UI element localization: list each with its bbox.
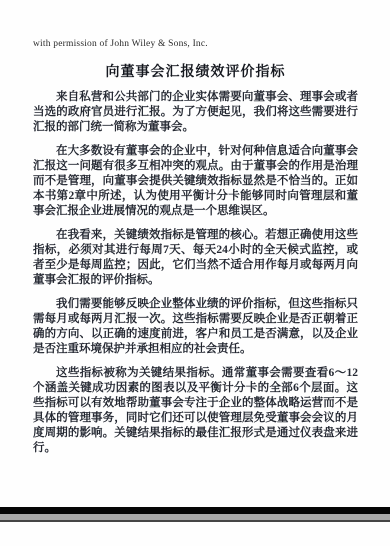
page-content: with permission of John Wiley & Sons, In… bbox=[0, 0, 390, 456]
paragraph-2: 在大多数设有董事会的企业中，针对何种信息适合向董事会汇报这一问题有很多互相冲突的… bbox=[33, 144, 358, 219]
page-bottom-thin-line bbox=[0, 520, 390, 522]
paragraph-4: 我们需要能够反映企业整体业绩的评价指标，但这些指标只需每月或每两月汇报一次。这些… bbox=[33, 297, 358, 357]
page-bottom-black-bar bbox=[0, 507, 390, 514]
paragraph-3: 在我看来，关键绩效指标是管理的核心。若想正确使用这些指标，必须对其进行每周7天、… bbox=[33, 228, 358, 288]
page-title: 向董事会汇报绩效评价指标 bbox=[33, 63, 358, 80]
paragraph-5: 这些指标被称为关键结果指标。通常董事会需要查看6～12个涵盖关键成功因素的图表以… bbox=[33, 366, 358, 456]
body-text: 来自私营和公共部门的企业实体需要向董事会、理事会或者当选的政府官员进行汇报。为了… bbox=[33, 90, 358, 456]
permission-line: with permission of John Wiley & Sons, In… bbox=[33, 38, 358, 50]
scanned-book-page: with permission of John Wiley & Sons, In… bbox=[0, 0, 390, 546]
paragraph-1: 来自私营和公共部门的企业实体需要向董事会、理事会或者当选的政府官员进行汇报。为了… bbox=[33, 90, 358, 135]
